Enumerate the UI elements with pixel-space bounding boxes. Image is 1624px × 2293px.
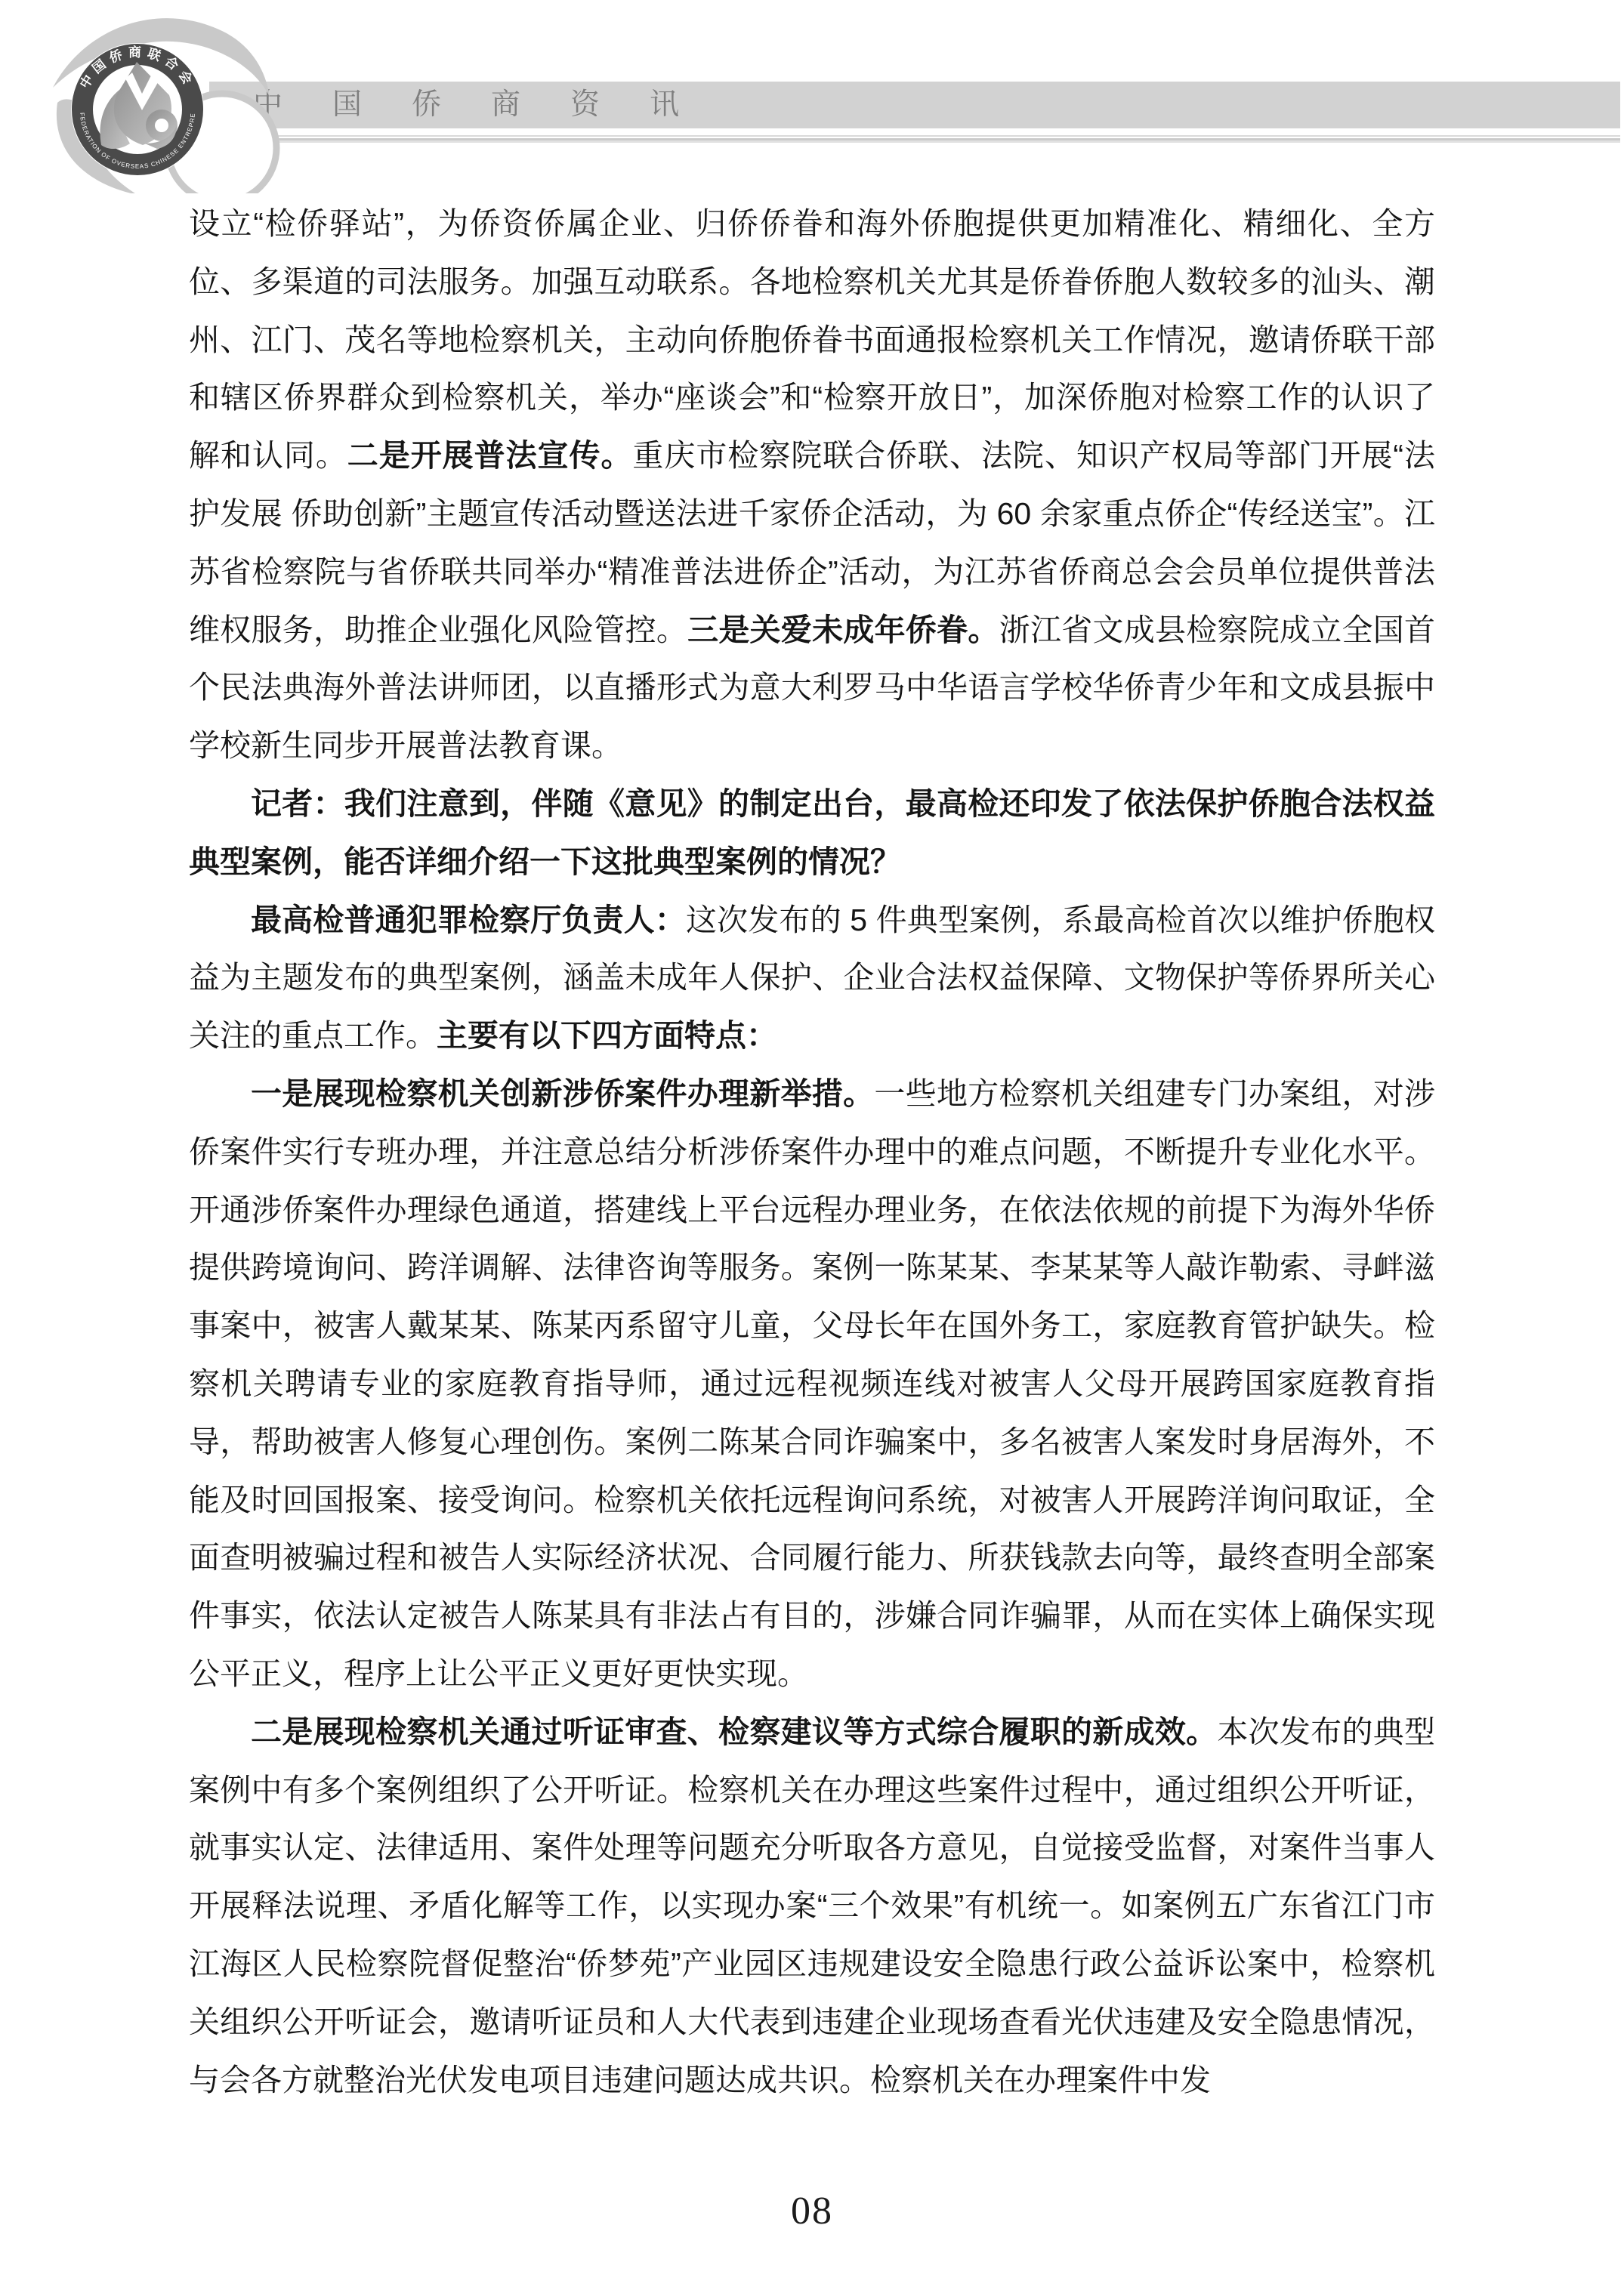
federation-logo-icon: 中国侨商联合会 CHINA FEDERATION OF OVERSEAS CHI… xyxy=(32,5,289,193)
paragraph-5: 二是展现检察机关通过听证审查、检察建议等方式综合履职的新成效。本次发布的典型案例… xyxy=(189,1703,1435,2109)
text-run-bold: 最高检普通犯罪检察厅负责人： xyxy=(251,903,686,937)
paragraph-1: 设立“检侨驿站”，为侨资侨属企业、归侨侨眷和海外侨胞提供更加精准化、精细化、全方… xyxy=(189,195,1435,775)
text-run-bold: 主要有以下四方面特点： xyxy=(437,1018,777,1053)
paragraph-2: 记者：我们注意到，伴随《意见》的制定出台，最高检还印发了依法保护侨胞合法权益典型… xyxy=(189,775,1435,891)
text-run-bold: 三是关爱未成年侨眷。 xyxy=(687,613,999,647)
page: { "header": { "banner_title": "中国侨商资讯", … xyxy=(0,0,1624,2293)
banner-title: 中国侨商资讯 xyxy=(209,82,1620,128)
text-run-bold: 二是展现检察机关通过听证审查、检察建议等方式综合履职的新成效。 xyxy=(251,1714,1217,1749)
page-number: 08 xyxy=(0,2189,1624,2233)
text-run-bold: 一是展现检察机关创新涉侨案件办理新举措。 xyxy=(251,1076,874,1111)
paragraph-3: 最高检普通犯罪检察厅负责人：这次发布的 5 件典型案例，系最高检首次以维护侨胞权… xyxy=(189,891,1435,1065)
header-banner: 中国侨商资讯 xyxy=(209,82,1620,128)
federation-logo: 中国侨商联合会 CHINA FEDERATION OF OVERSEAS CHI… xyxy=(32,5,289,193)
text-run: 一些地方检察机关组建专门办案组，对涉侨案件实行专班办理，并注意总结分析涉侨案件办… xyxy=(189,1076,1435,1691)
paragraph-4: 一是展现检察机关创新涉侨案件办理新举措。一些地方检察机关组建专门办案组，对涉侨案… xyxy=(189,1065,1435,1703)
text-run: 设立“检侨驿站”，为侨资侨属企业、归侨侨眷和海外侨胞提供更加精准化、精细化、全方… xyxy=(189,206,1435,473)
text-run-bold: 二是开展普法宣传。 xyxy=(347,438,633,473)
article-body: 设立“检侨驿站”，为侨资侨属企业、归侨侨眷和海外侨胞提供更加精准化、精细化、全方… xyxy=(189,195,1435,2109)
banner-stripes xyxy=(209,135,1620,143)
text-run: 本次发布的典型案例中有多个案例组织了公开听证。检察机关在办理这些案件过程中，通过… xyxy=(189,1714,1435,2097)
text-run-bold: 记者：我们注意到，伴随《意见》的制定出台，最高检还印发了依法保护侨胞合法权益典型… xyxy=(189,786,1435,879)
